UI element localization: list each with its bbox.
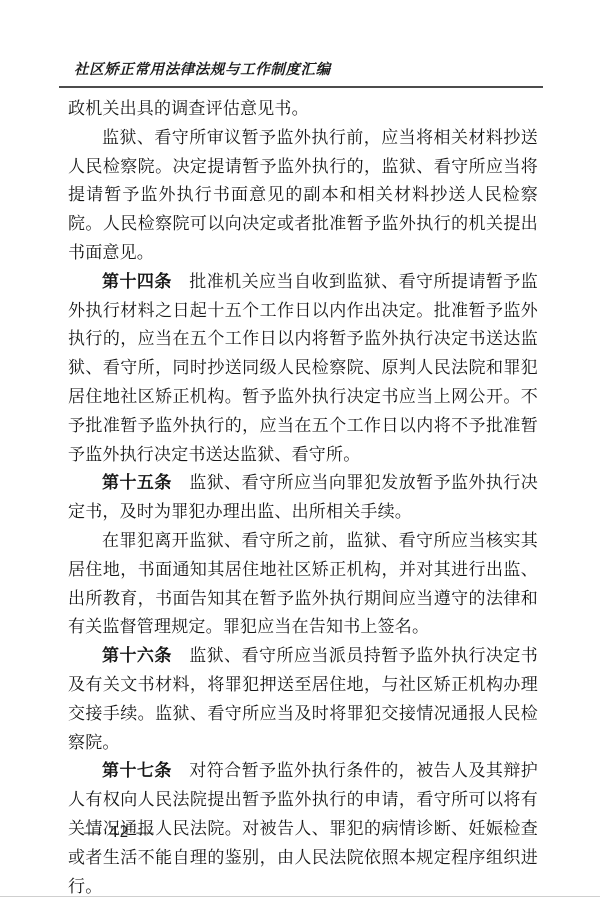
article-number: 第十五条: [102, 473, 172, 492]
paragraph: 政机关出具的调查评估意见书。: [68, 95, 538, 124]
paragraph: 监狱、看守所审议暂予监外执行前，应当将相关材料抄送人民检察院。决定提请暂予监外执…: [68, 124, 538, 268]
paragraph-text: 在罪犯离开监狱、看守所之前，监狱、看守所应当核实其居住地，书面通知其居住地社区矫…: [68, 531, 538, 636]
paragraph-text: 批准机关应当自收到监狱、看守所提请暂予监外执行材料之日起十五个工作日以内作出决定…: [68, 272, 538, 464]
paragraph: 第十五条 监狱、看守所应当向罪犯发放暂予监外执行决定书，及时为罪犯办理出监、出所…: [68, 469, 538, 527]
header-rule: [59, 86, 543, 88]
article-number: 第十七条: [102, 761, 172, 780]
document-body: 政机关出具的调查评估意见书。监狱、看守所审议暂予监外执行前，应当将相关材料抄送人…: [68, 95, 538, 900]
paragraph: 在罪犯离开监狱、看守所之前，监狱、看守所应当核实其居住地，书面通知其居住地社区矫…: [68, 527, 538, 642]
article-number: 第十四条: [102, 272, 172, 291]
running-header-title: 社区矫正常用法律法规与工作制度汇编: [74, 58, 331, 79]
page-bottom-edge: [0, 896, 600, 897]
paragraph: 第十四条 批准机关应当自收到监狱、看守所提请暂予监外执行材料之日起十五个工作日以…: [68, 268, 538, 470]
paragraph: 第十六条 监狱、看守所应当派员持暂予监外执行决定书及有关文书材料，将罪犯押送至居…: [68, 642, 538, 757]
article-number: 第十六条: [102, 646, 172, 665]
paragraph-text: 监狱、看守所审议暂予监外执行前，应当将相关材料抄送人民检察院。决定提请暂予监外执…: [68, 128, 538, 262]
book-page: 社区矫正常用法律法规与工作制度汇编 政机关出具的调查评估意见书。监狱、看守所审议…: [0, 0, 600, 900]
page-number: — 42 —: [84, 822, 156, 842]
paragraph-text: 政机关出具的调查评估意见书。: [68, 99, 309, 118]
